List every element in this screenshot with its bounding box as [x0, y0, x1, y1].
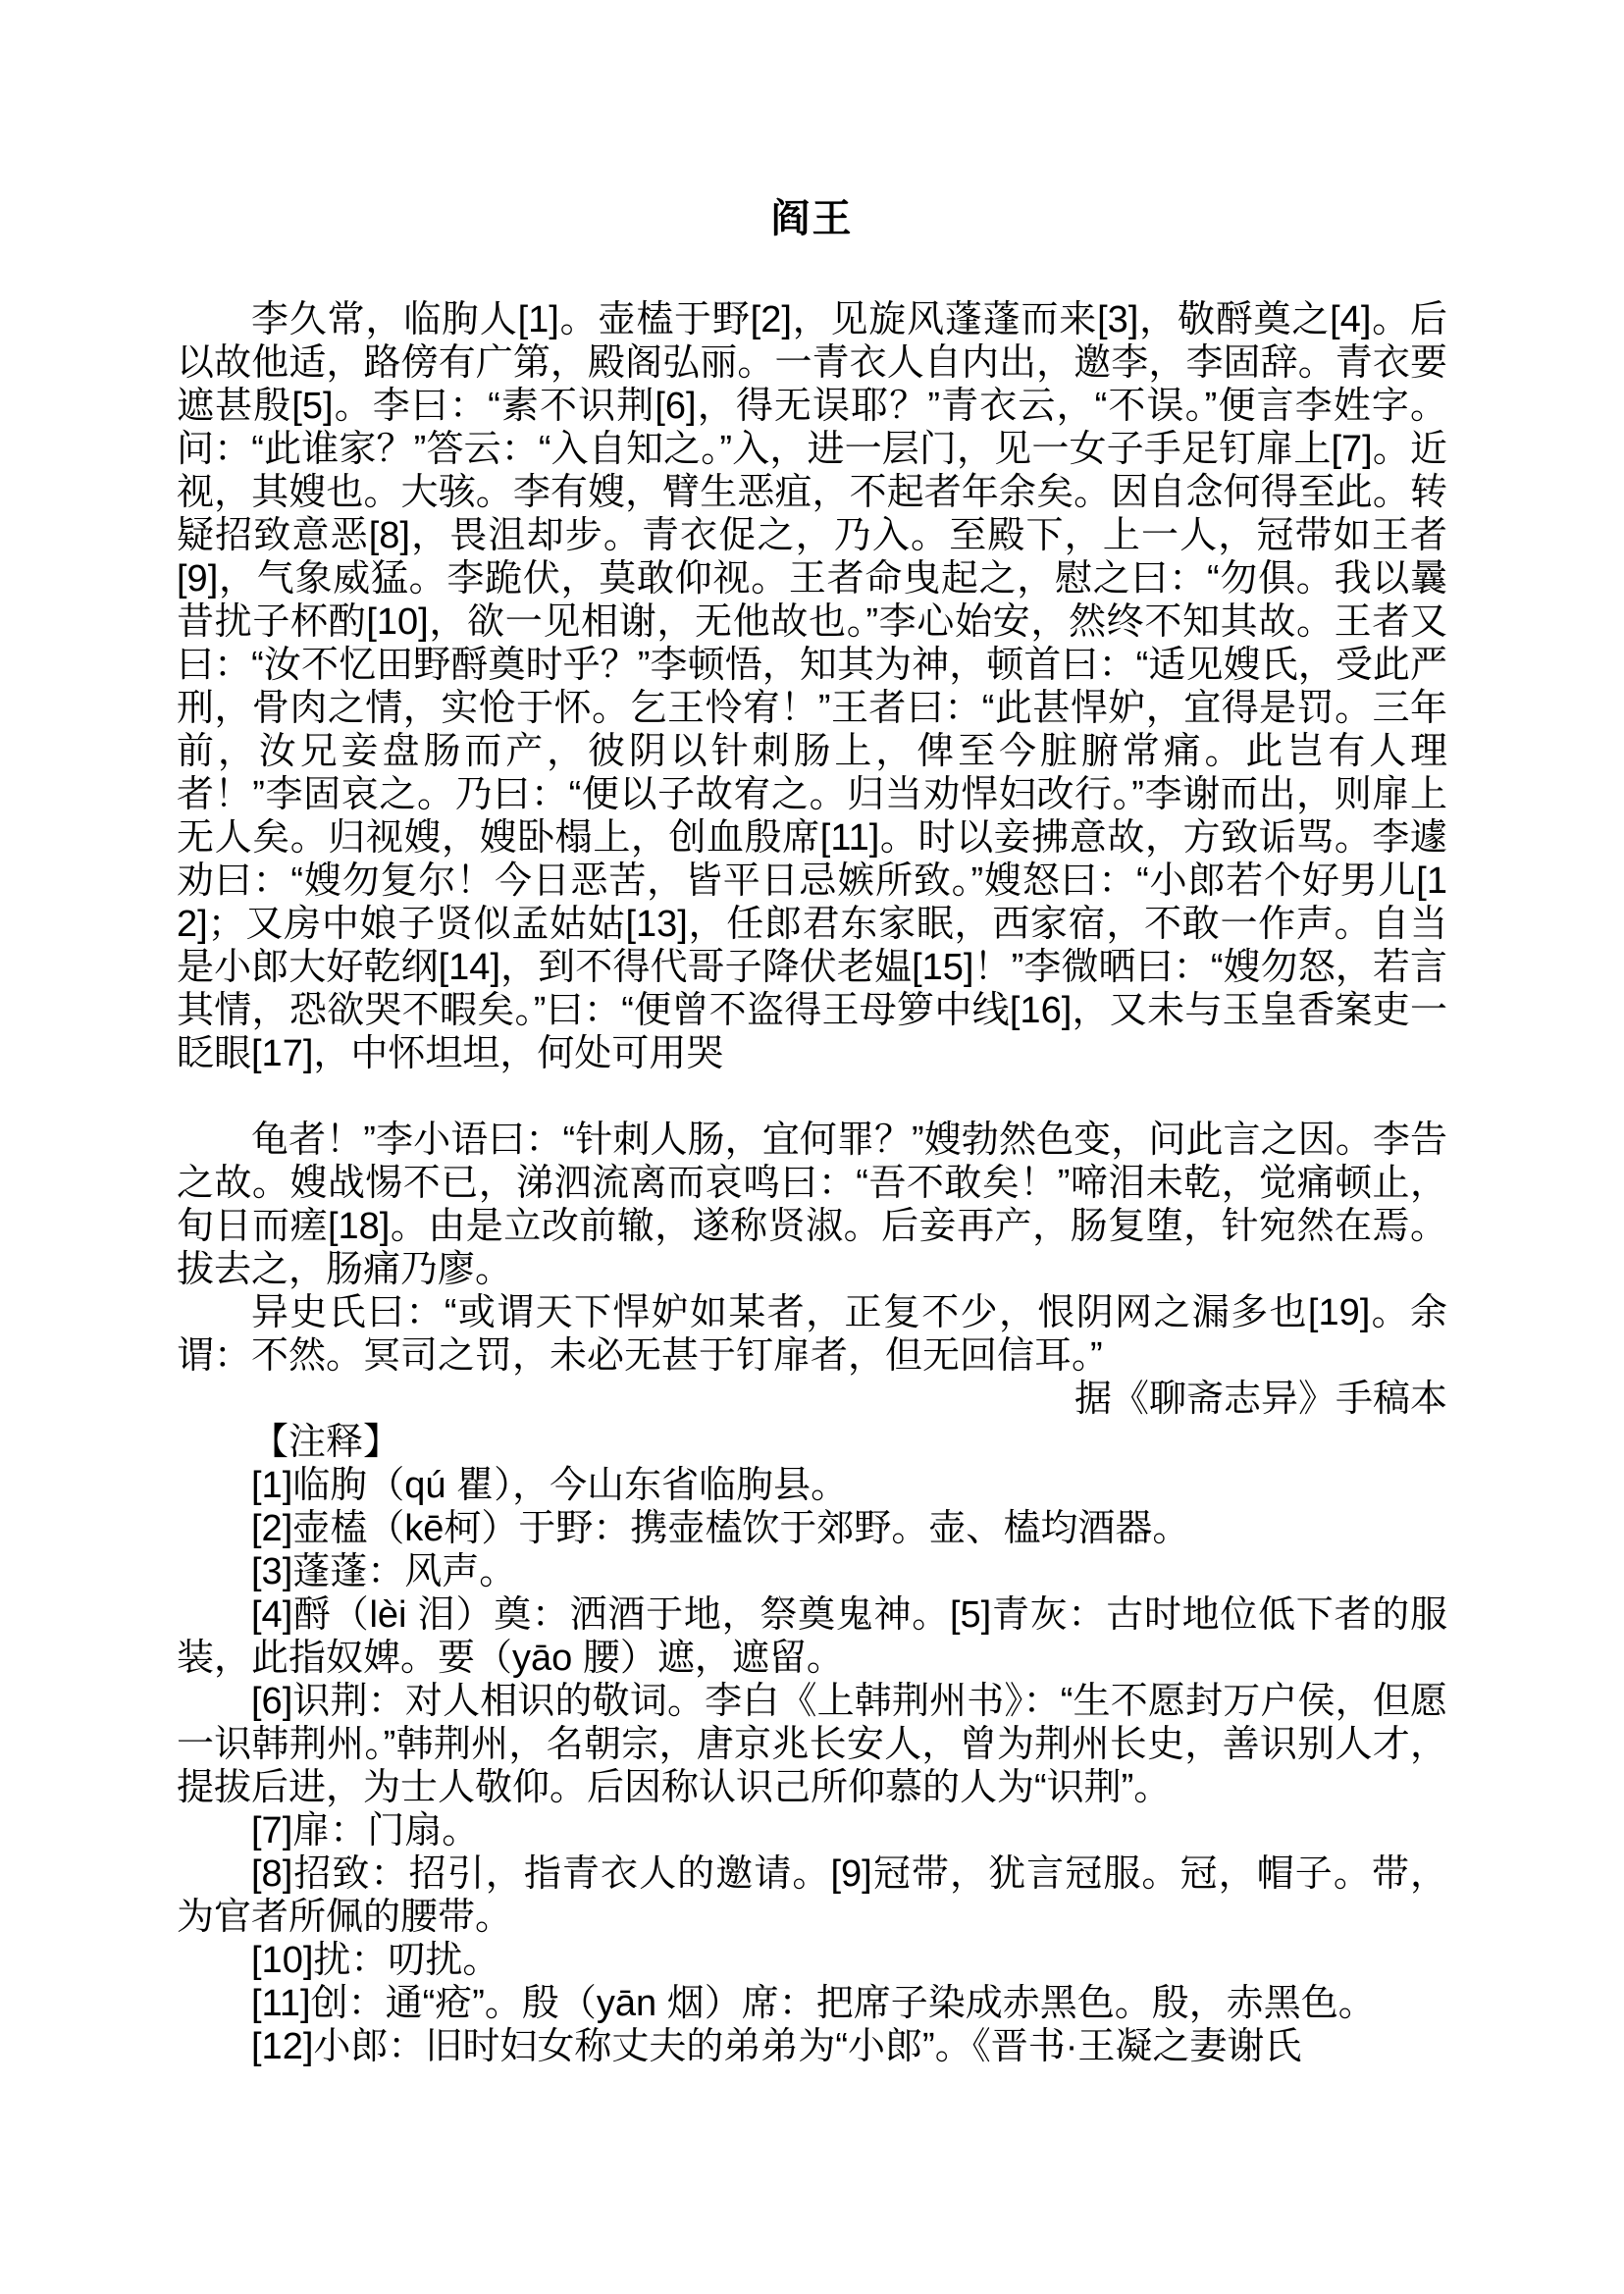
- note-8-9: [8]招致：招引，指青衣人的邀请。[9]冠带，犹言冠服。冠，帽子。带，为官者所佩…: [177, 1852, 1447, 1939]
- notes-heading: 【注释】: [177, 1421, 1447, 1464]
- note-4-5: [4]酹（lèi 泪）奠：洒酒于地，祭奠鬼神。[5]青灰：古时地位低下者的服装，…: [177, 1593, 1447, 1680]
- note-2: [2]壶榼（kē柯）于野：携壶榼饮于郊野。壶、榼均酒器。: [177, 1507, 1447, 1550]
- note-12: [12]小郎：旧时妇女称丈夫的弟弟为“小郎”。《晋书·王凝之妻谢氏: [177, 2025, 1447, 2068]
- source-attribution: 据《聊斋志异》手稿本: [177, 1378, 1447, 1421]
- note-10: [10]扰：叨扰。: [177, 1939, 1447, 1982]
- story-paragraph-2: 龟者！”李小语曰：“针刺人肠，宜何罪？”嫂勃然色变，问此言之因。李告之故。嫂战惕…: [177, 1119, 1447, 1291]
- note-1: [1]临朐（qú 瞿），今山东省临朐县。: [177, 1464, 1447, 1507]
- document-page: 阎王 李久常，临朐人[1]。壶榼于野[2]，见旋风蓬蓬而来[3]，敬酹奠之[4]…: [0, 0, 1624, 2294]
- note-3: [3]蓬蓬：风声。: [177, 1550, 1447, 1593]
- story-title: 阎王: [177, 196, 1447, 241]
- note-11: [11]创：通“疮”。殷（yān 烟）席：把席子染成赤黑色。殷，赤黑色。: [177, 1982, 1447, 2025]
- note-6: [6]识荆：对人相识的敬词。李白《上韩荆州书》：“生不愿封万户侯，但愿一识韩荆州…: [177, 1680, 1447, 1809]
- note-7: [7]扉：门扇。: [177, 1809, 1447, 1852]
- story-paragraph-3: 异史氏曰：“或谓天下悍妒如某者，正复不少，恨阴网之漏多也[19]。余谓：不然。冥…: [177, 1291, 1447, 1378]
- story-paragraph-1: 李久常，临朐人[1]。壶榼于野[2]，见旋风蓬蓬而来[3]，敬酹奠之[4]。后以…: [177, 298, 1447, 1075]
